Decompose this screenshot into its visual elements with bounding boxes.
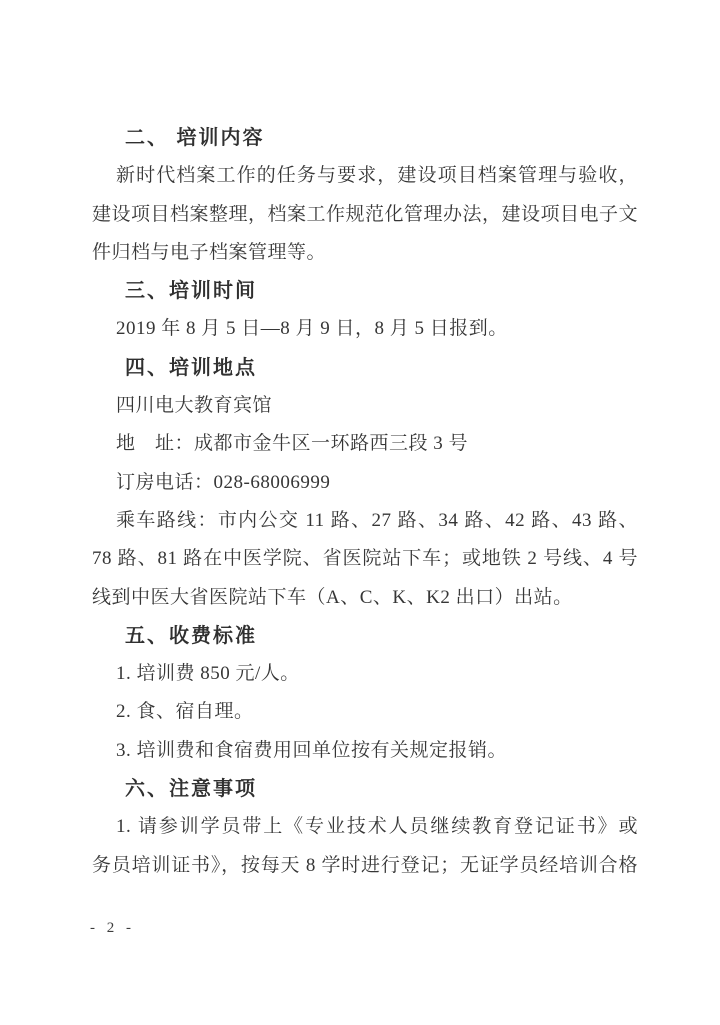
- para-training-content-line-3: 件归档与电子档案管理等。: [92, 234, 638, 272]
- para-fee-item-1: 1. 培训费 850 元/人。: [92, 655, 638, 693]
- para-hotel-name: 四川电大教育宾馆: [92, 387, 638, 425]
- para-training-content-line-1: 新时代档案工作的任务与要求，建设项目档案管理与验收，: [92, 157, 638, 195]
- para-hotel-address: 地 址：成都市金牛区一环路西三段 3 号: [92, 425, 638, 463]
- page-number: - 2 -: [90, 909, 135, 947]
- heading-training-content: 二、 培训内容: [92, 119, 638, 157]
- para-training-time: 2019 年 8 月 5 日—8 月 9 日，8 月 5 日报到。: [92, 310, 638, 348]
- para-notes-item-1-line-1: 1. 请参训学员带上《专业技术人员继续教育登记证书》或《公: [92, 808, 638, 846]
- para-fee-item-2: 2. 食、宿自理。: [92, 693, 638, 731]
- para-transport-route-line-1: 乘车路线：市内公交 11 路、27 路、34 路、42 路、43 路、: [92, 502, 638, 540]
- heading-fee-standard: 五、收费标准: [92, 617, 638, 655]
- para-transport-route-line-2: 78 路、81 路在中医学院、省医院站下车；或地铁 2 号线、4 号: [92, 540, 638, 578]
- para-notes-item-1-line-2: 务员培训证书》，按每天 8 学时进行登记；无证学员经培训合格: [92, 847, 638, 885]
- para-transport-route-line-3: 线到中医大省医院站下车（A、C、K、K2 出口）出站。: [92, 579, 638, 617]
- document-body: 二、 培训内容 新时代档案工作的任务与要求，建设项目档案管理与验收， 建设项目档…: [92, 119, 638, 885]
- para-fee-item-3: 3. 培训费和食宿费用回单位按有关规定报销。: [92, 732, 638, 770]
- heading-notes: 六、注意事项: [92, 770, 638, 808]
- para-training-content-line-2: 建设项目档案整理，档案工作规范化管理办法，建设项目电子文: [92, 196, 638, 234]
- para-booking-phone: 订房电话：028-68006999: [92, 464, 638, 502]
- document-page: 二、 培训内容 新时代档案工作的任务与要求，建设项目档案管理与验收， 建设项目档…: [0, 0, 720, 1025]
- heading-training-location: 四、培训地点: [92, 349, 638, 387]
- heading-training-time: 三、培训时间: [92, 272, 638, 310]
